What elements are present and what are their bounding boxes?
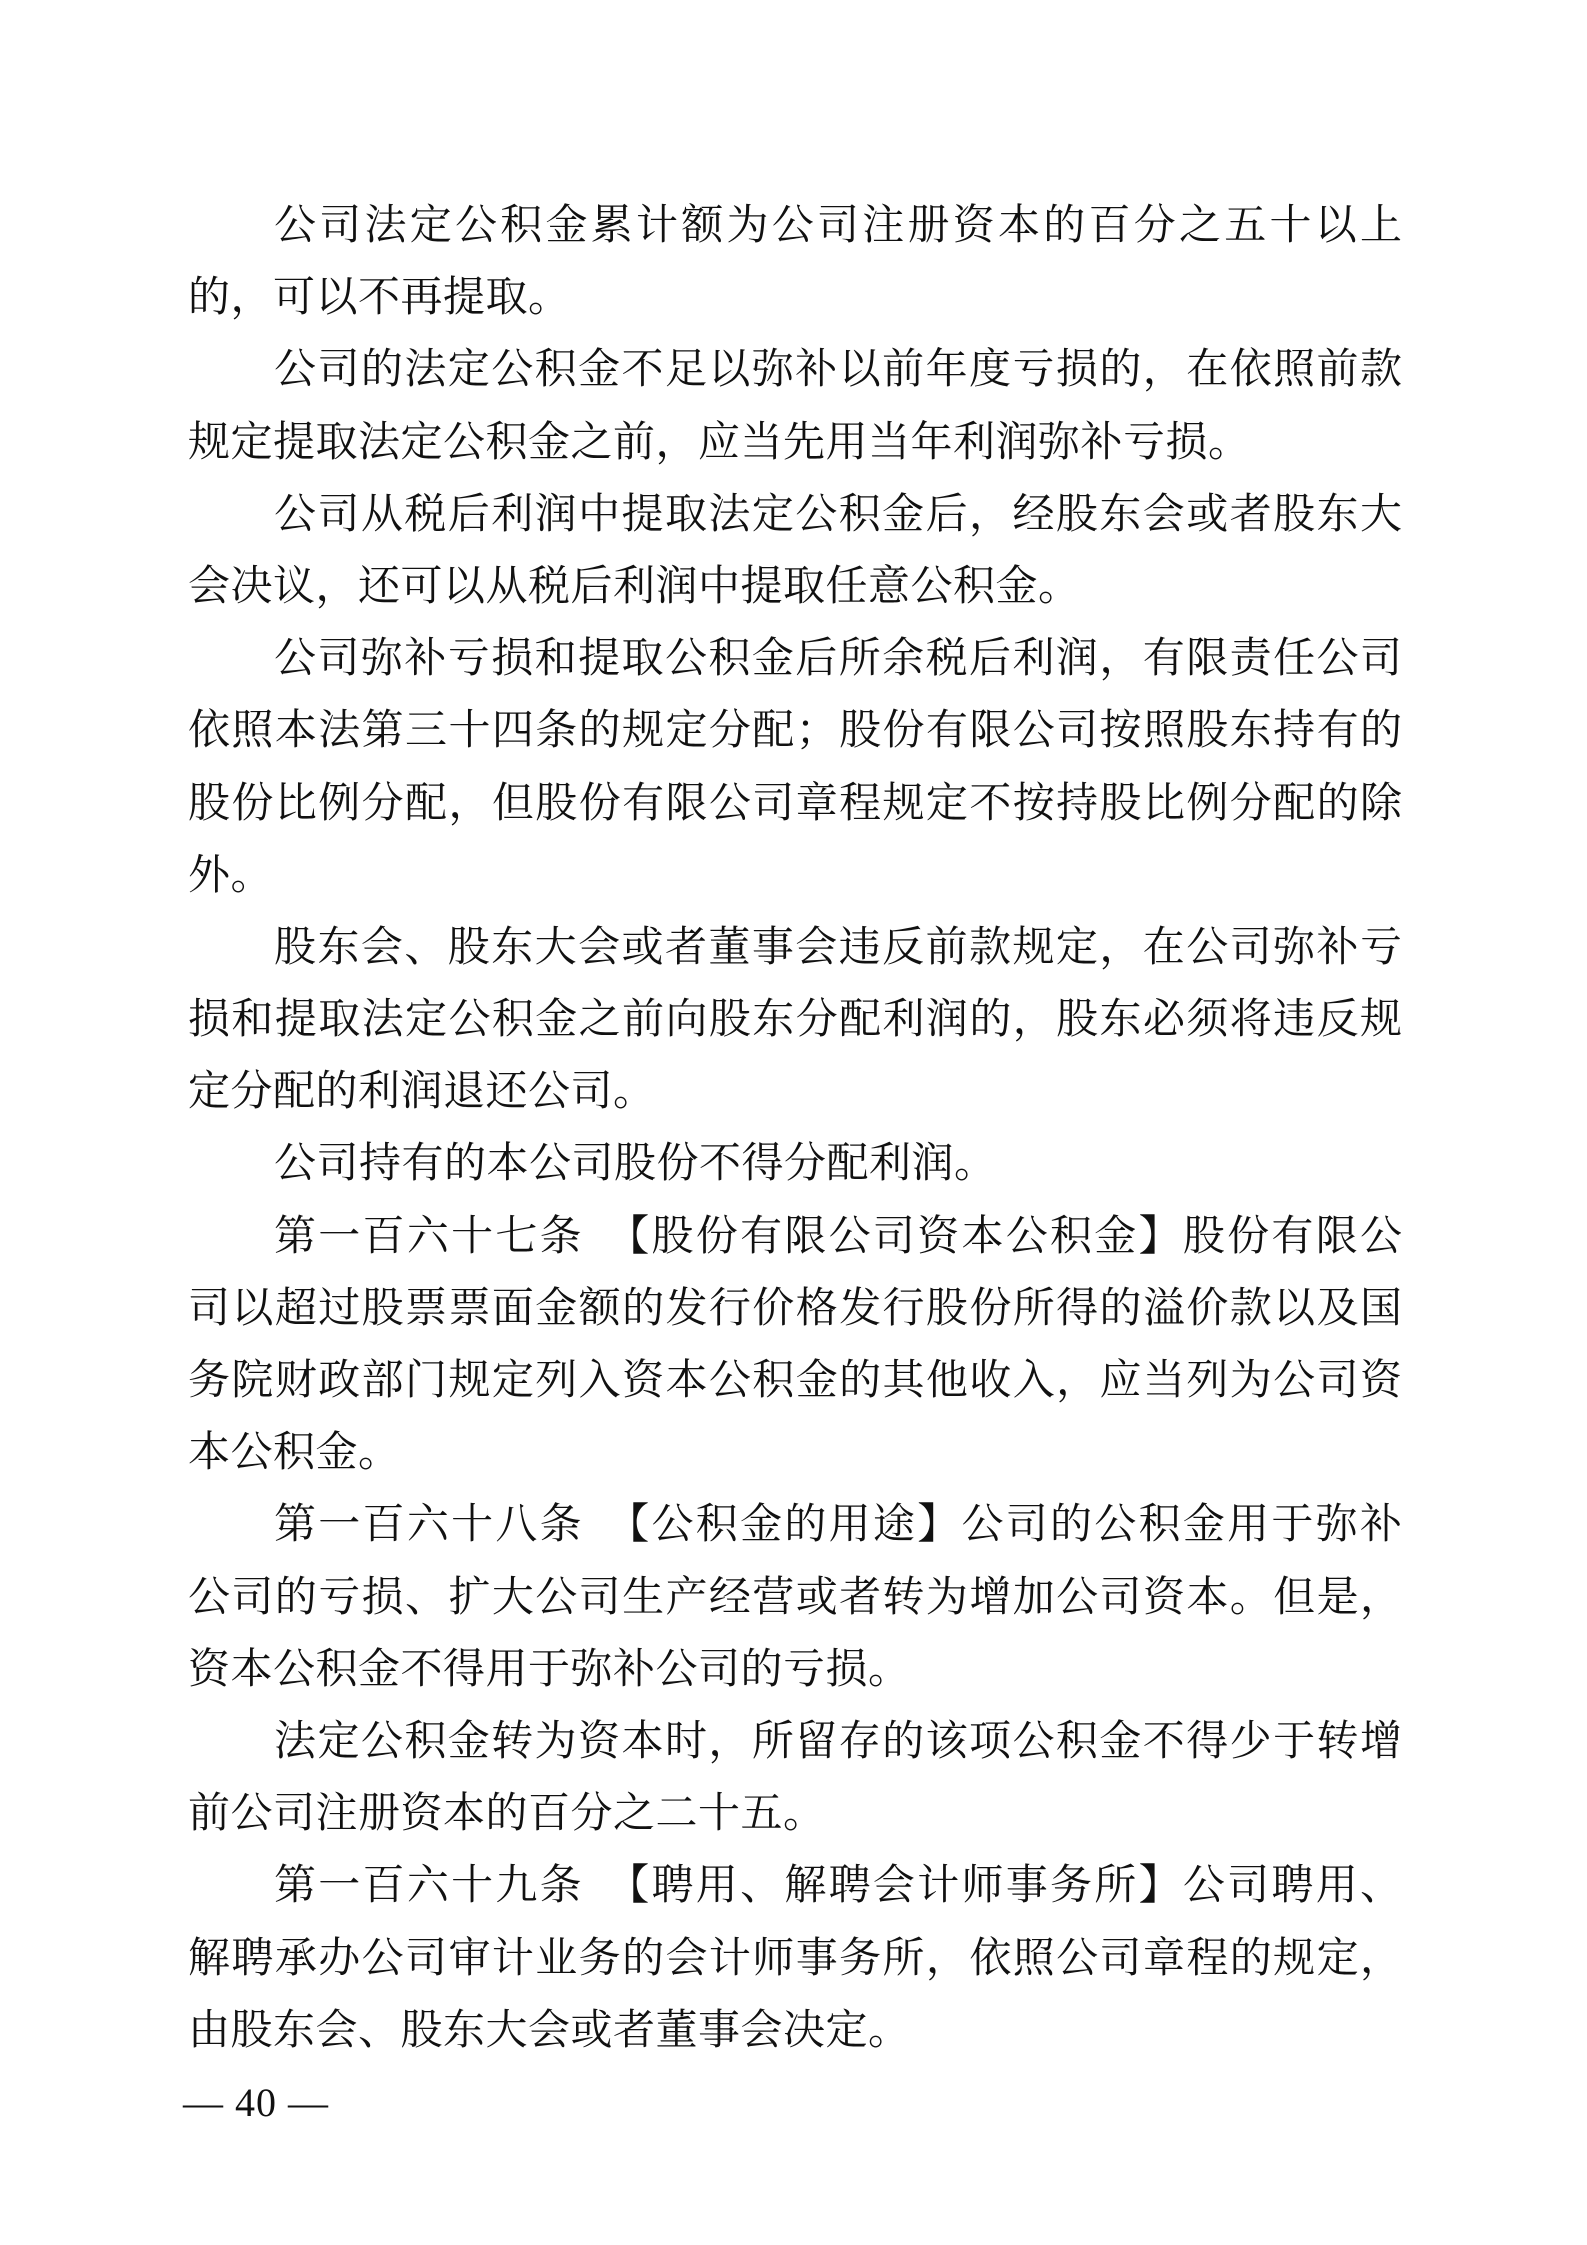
text-line: 公司的法定公积金不足以弥补以前年度亏损的，在依照前款 [188, 334, 1402, 406]
article-168-heading-line: 第一百六十八条 【公积金的用途】公司的公积金用于弥补 [188, 1489, 1402, 1561]
text-line: 公司从税后利润中提取法定公积金后，经股东会或者股东大 [188, 479, 1402, 551]
document-page: 公司法定公积金累计额为公司注册资本的百分之五十以上 的，可以不再提取。 公司的法… [0, 0, 1587, 2245]
text-line: 本公积金。 [188, 1417, 1402, 1489]
text-line: 的，可以不再提取。 [188, 262, 1402, 334]
text-line: 解聘承办公司审计业务的会计师事务所，依照公司章程的规定， [188, 1923, 1402, 1995]
text-line: 资本公积金不得用于弥补公司的亏损。 [188, 1634, 1402, 1706]
article-169-heading-line: 第一百六十九条 【聘用、解聘会计师事务所】公司聘用、 [188, 1850, 1402, 1922]
text-line: 股东会、股东大会或者董事会违反前款规定，在公司弥补亏 [188, 912, 1402, 984]
text-line: 损和提取法定公积金之前向股东分配利润的，股东必须将违反规 [188, 984, 1402, 1056]
text-line: 股份比例分配，但股份有限公司章程规定不按持股比例分配的除 [188, 768, 1402, 840]
text-block: 公司法定公积金累计额为公司注册资本的百分之五十以上 的，可以不再提取。 公司的法… [188, 190, 1402, 2067]
text-line: 由股东会、股东大会或者董事会决定。 [188, 1995, 1402, 2067]
text-line: 公司持有的本公司股份不得分配利润。 [188, 1128, 1402, 1200]
text-line: 公司的亏损、扩大公司生产经营或者转为增加公司资本。但是， [188, 1562, 1402, 1634]
page-number: — 40 — [183, 2080, 329, 2126]
text-line: 前公司注册资本的百分之二十五。 [188, 1778, 1402, 1850]
text-line: 会决议，还可以从税后利润中提取任意公积金。 [188, 551, 1402, 623]
text-line: 法定公积金转为资本时，所留存的该项公积金不得少于转增 [188, 1706, 1402, 1778]
text-line: 外。 [188, 840, 1402, 912]
text-line: 公司法定公积金累计额为公司注册资本的百分之五十以上 [188, 190, 1402, 262]
text-line: 规定提取法定公积金之前，应当先用当年利润弥补亏损。 [188, 407, 1402, 479]
text-line: 务院财政部门规定列入资本公积金的其他收入，应当列为公司资 [188, 1345, 1402, 1417]
text-line: 司以超过股票票面金额的发行价格发行股份所得的溢价款以及国 [188, 1273, 1402, 1345]
text-line: 依照本法第三十四条的规定分配；股份有限公司按照股东持有的 [188, 695, 1402, 767]
text-line: 公司弥补亏损和提取公积金后所余税后利润，有限责任公司 [188, 623, 1402, 695]
text-line: 定分配的利润退还公司。 [188, 1056, 1402, 1128]
article-167-heading-line: 第一百六十七条 【股份有限公司资本公积金】股份有限公 [188, 1201, 1402, 1273]
